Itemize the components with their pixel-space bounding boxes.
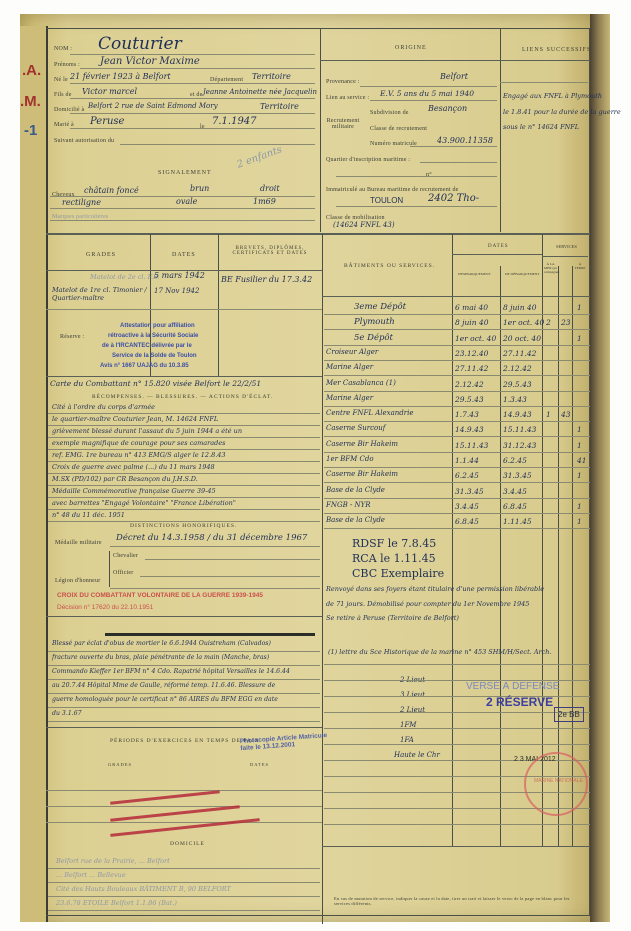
service-terre: 1 bbox=[577, 425, 582, 434]
rule bbox=[48, 882, 320, 883]
field-matricule: 43.900.11358 bbox=[437, 136, 493, 145]
service-from: 31.3.45 bbox=[455, 487, 484, 496]
rule bbox=[324, 436, 590, 437]
service-to: 3.4.45 bbox=[503, 487, 527, 496]
rule bbox=[46, 790, 322, 791]
recompense-line: Cité à l'ordre du corps d'armée bbox=[52, 403, 155, 411]
service-from: 2.12.42 bbox=[455, 380, 484, 389]
rule bbox=[324, 744, 590, 745]
service-name: Marine Alger bbox=[326, 394, 373, 402]
field-subdivision: Besançon bbox=[428, 104, 467, 113]
rule bbox=[324, 482, 590, 483]
service-mer-months: 1 bbox=[546, 410, 551, 419]
rule bbox=[324, 329, 590, 330]
rule bbox=[48, 485, 320, 486]
label-officier: Officier bbox=[113, 570, 133, 576]
service-from: 14.9.43 bbox=[455, 425, 484, 434]
rule bbox=[120, 144, 315, 145]
carte-combattant: Carte du Combattant n° 15.820 visée Belf… bbox=[50, 379, 261, 388]
rule bbox=[410, 146, 497, 147]
renvoi-line-3: Se retire à Peruse (Territoire de Belfor… bbox=[326, 614, 459, 622]
label-provenance: Provenance : bbox=[326, 79, 360, 85]
service-name: Marine Alger bbox=[326, 363, 373, 371]
note-rca: RCA le 1.11.45 bbox=[352, 552, 436, 565]
blessures-bottom-line bbox=[46, 727, 322, 728]
domicile-line: Cité des Hauts Bouleaux BÂTIMENT B, 90 B… bbox=[56, 885, 231, 893]
label-subdivision: Subdivision de bbox=[370, 110, 409, 116]
service-mer-months: 2 bbox=[546, 318, 551, 327]
domicile-header: DOMICILE bbox=[170, 841, 205, 847]
label-recrutement: Recrutement militaire bbox=[325, 118, 361, 130]
origine-header: ORIGINE bbox=[395, 45, 427, 51]
rule bbox=[324, 528, 590, 529]
service-from: 6.2.45 bbox=[455, 471, 479, 480]
service-name: FNGB - NYR bbox=[326, 501, 371, 509]
rule bbox=[48, 413, 320, 414]
rule bbox=[46, 806, 322, 807]
field-medaille: Décret du 14.3.1958 / du 31 décembre 196… bbox=[116, 533, 307, 543]
field-departement: Territoire bbox=[252, 72, 291, 81]
rule bbox=[324, 314, 590, 315]
thick-rule bbox=[105, 633, 315, 636]
rule bbox=[80, 68, 315, 69]
services-divider-2 bbox=[500, 266, 501, 846]
field-cheveux: châtain foncé bbox=[84, 186, 139, 195]
grade-list-item: Haute le Chr bbox=[394, 751, 440, 759]
service-mer-days: 23 bbox=[561, 318, 571, 327]
rule bbox=[370, 100, 497, 101]
recompense-line: n° 48 du 11 déc. 1951 bbox=[52, 511, 125, 519]
rule bbox=[48, 707, 320, 708]
service-name: Centre FNFL Alexandrie bbox=[326, 409, 414, 417]
rule bbox=[324, 664, 590, 665]
liens-header: LIENS SUCCESSIFS bbox=[522, 47, 591, 53]
label-nom: NOM : bbox=[54, 46, 72, 52]
recompense-line: grièvement blessé durant l'assaut du 5 j… bbox=[52, 427, 242, 435]
service-to: 1er oct. 40 bbox=[503, 318, 544, 327]
field-marie: Peruse bbox=[90, 116, 124, 127]
rule bbox=[48, 509, 320, 510]
service-from: 1.7.43 bbox=[455, 410, 479, 419]
recompense-line: M.SX (PD/102) par CR Besançon du J.H.S.D… bbox=[52, 475, 198, 483]
service-name: Plymouth bbox=[354, 317, 395, 327]
service-name: Base de la Clyde bbox=[326, 516, 385, 524]
grade-2: Matelot de 1re cl. Timonier / Quartier-m… bbox=[52, 286, 147, 302]
field-yeux: brun bbox=[190, 184, 209, 193]
recompense-line: ref. EMG. 1re bureau n° 413 EMG/S alger … bbox=[52, 451, 226, 459]
ircantec-stamp-line-1: Attestation pour affiliation bbox=[120, 323, 195, 329]
rule bbox=[140, 576, 320, 577]
stamp-verse: VERSÉ À DÉFENSE bbox=[466, 681, 559, 692]
liens-line-3: sous le n° 14624 FNFL bbox=[503, 123, 579, 131]
field-classe-mob: (14624 FNFL 43) bbox=[333, 221, 395, 229]
label-medaille: Médaille militaire bbox=[55, 540, 102, 546]
rule bbox=[324, 391, 590, 392]
ircantec-stamp-line-2: rétroactive à la Sécurité Sociale bbox=[108, 333, 198, 339]
note-cbc: CBC Exemplaire bbox=[352, 567, 444, 580]
field-ne-le: 21 février 1923 à Belfort bbox=[70, 72, 171, 81]
rule bbox=[48, 521, 320, 522]
services-sub-terre: À TERRE bbox=[573, 262, 587, 270]
recompense-line: Croix de guerre avec palme (...) du 11 m… bbox=[52, 463, 215, 471]
blessure-line: au 20.7.44 Hôpital Mme de Gaulle, réform… bbox=[52, 682, 275, 689]
service-mer-days: 43 bbox=[561, 410, 571, 419]
rule bbox=[48, 425, 320, 426]
rule bbox=[145, 559, 320, 560]
divider-mid bbox=[46, 233, 590, 235]
liens-line-2: le 1.8.41 pour la durée de la guerre bbox=[503, 108, 621, 116]
main-divider bbox=[322, 234, 323, 924]
blessure-line: du 3.1.67 bbox=[52, 710, 82, 717]
service-to: 15.11.43 bbox=[503, 425, 536, 434]
dates-subheader-line bbox=[452, 254, 542, 255]
croix-decision: Décision n° 17620 du 22.10.1951 bbox=[57, 604, 153, 611]
rule bbox=[48, 868, 320, 869]
label-autorisation: Suivant autorisation du bbox=[54, 138, 114, 144]
field-lien: E.V. 5 ans du 5 mai 1940 bbox=[380, 89, 474, 98]
grades-header-dates: DATES bbox=[172, 252, 196, 258]
rule bbox=[48, 665, 320, 666]
rule bbox=[50, 208, 315, 209]
field-prenoms: Jean Victor Maxime bbox=[100, 56, 200, 67]
stamp-reserve: 2 RÉSERVE bbox=[486, 695, 553, 709]
field-immatricule-city: TOULON bbox=[370, 196, 403, 205]
service-to: 31.12.43 bbox=[503, 441, 536, 450]
margin-mark-blue: -1 bbox=[24, 122, 37, 139]
rule bbox=[110, 546, 320, 547]
rule bbox=[70, 128, 315, 129]
label-no: n° bbox=[426, 172, 432, 178]
renvoi-line-1: Renvoyé dans ses foyers étant titulaire … bbox=[326, 585, 544, 593]
distinctions-header: DISTINCTIONS HONORIFIQUES. bbox=[130, 523, 237, 529]
grades-bottom-line bbox=[46, 376, 322, 377]
rule bbox=[48, 449, 320, 450]
service-name: Caserne Surcouf bbox=[326, 424, 385, 432]
rule bbox=[360, 86, 497, 87]
rule bbox=[324, 345, 590, 346]
service-to: 8 juin 40 bbox=[503, 303, 536, 312]
divider-liens bbox=[500, 28, 501, 232]
rule bbox=[48, 437, 320, 438]
service-name: Caserne Bir Hakeim bbox=[326, 440, 398, 448]
rule bbox=[324, 513, 590, 514]
field-immatricule-no: 2402 Tho- bbox=[428, 193, 479, 204]
service-to: 14.9.43 bbox=[503, 410, 532, 419]
ircantec-stamp-line-3: de à l'IRCANTEC délivrée par le bbox=[102, 343, 192, 349]
stamp-box: 2e BB bbox=[554, 707, 584, 722]
grade-2-date: 17 Nov 1942 bbox=[154, 287, 199, 295]
field-nom: Couturier bbox=[98, 34, 182, 54]
service-to: 29.5.43 bbox=[503, 380, 532, 389]
service-from: 1er oct. 40 bbox=[455, 334, 496, 343]
rule bbox=[48, 473, 320, 474]
blessure-line: Blessé par éclat d'obus de mortier le 6.… bbox=[52, 640, 271, 647]
rule bbox=[48, 651, 320, 652]
rule bbox=[324, 406, 590, 407]
service-from: 27.11.42 bbox=[455, 364, 488, 373]
rule bbox=[48, 721, 320, 722]
margin-mark-a: .A. bbox=[22, 62, 41, 79]
field-fils-de: Victor marcel bbox=[82, 87, 137, 96]
grades-header-brevets: BREVETS, DIPLÔMES, CERTIFICATS ET DATES bbox=[222, 246, 318, 256]
service-terre: 41 bbox=[577, 456, 587, 465]
field-nez: droit bbox=[260, 184, 280, 193]
service-terre: 1 bbox=[577, 334, 582, 343]
left-margin-strip bbox=[20, 26, 48, 922]
service-to: 6.8.45 bbox=[503, 502, 527, 511]
blessure-line: Commando Kieffer 1er BFM n° 4 Cdo. Rapat… bbox=[52, 668, 290, 675]
rule bbox=[70, 83, 315, 84]
rule bbox=[50, 220, 315, 221]
rule bbox=[70, 98, 315, 99]
distinctions-bottom-line bbox=[46, 616, 322, 617]
divider-origin bbox=[320, 28, 321, 232]
field-domicilie: Belfort 2 rue de Saint Edmond Mory bbox=[88, 102, 218, 110]
service-terre: 1 bbox=[577, 502, 582, 511]
service-name: Base de la Clyde bbox=[326, 486, 385, 494]
recompense-line: Médaille Commémorative française Guerre … bbox=[52, 487, 216, 495]
rule bbox=[110, 588, 320, 589]
ircantec-stamp-line-5: Avis n° 1667 UAJAG du 10.3.85 bbox=[100, 363, 189, 369]
service-name: Mer Casablanca (1) bbox=[326, 379, 396, 387]
service-from: 29.5.43 bbox=[455, 395, 484, 404]
label-classe: Classe de recrutement bbox=[370, 126, 427, 132]
rule bbox=[48, 497, 320, 498]
rule bbox=[324, 728, 590, 729]
service-name: 5e Dépôt bbox=[354, 333, 393, 343]
service-name: 1er BFM Cdo bbox=[326, 455, 374, 463]
service-name: Caserne Bir Hakeim bbox=[326, 470, 398, 478]
field-provenance: Belfort bbox=[440, 72, 468, 81]
service-to: 1.3.43 bbox=[503, 395, 527, 404]
service-from: 1.1.44 bbox=[455, 456, 479, 465]
label-le: le bbox=[200, 124, 205, 130]
label-legion: Légion d'honneur bbox=[55, 578, 100, 584]
services-col-header: SERVICES bbox=[556, 244, 577, 249]
footer-note: En cas de mutation de service, indiquer … bbox=[334, 896, 586, 906]
domicile-line: Belfort rue de la Prairie, ... Belfort bbox=[56, 857, 170, 865]
rule bbox=[324, 360, 590, 361]
grade-list-item: 3 Lieut bbox=[400, 691, 425, 699]
rule bbox=[336, 206, 497, 207]
rule bbox=[46, 822, 322, 823]
field-visage: ovale bbox=[176, 197, 197, 206]
rule bbox=[324, 421, 590, 422]
domicile-line: ... Belfort ... Bellevue bbox=[56, 871, 126, 879]
rule bbox=[70, 113, 315, 114]
grade-1-brevet: BE Fusilier du 17.3.42 bbox=[221, 275, 312, 284]
grade-1-date: 5 mars 1942 bbox=[154, 271, 205, 280]
blessure-line: fracture ouverte du bras, plaie pénétran… bbox=[52, 654, 269, 661]
service-to: 6.2.45 bbox=[503, 456, 527, 465]
label-ne-le: Né le bbox=[54, 77, 68, 83]
lettre-shm: (1) lettre du Sce Historique de la marin… bbox=[328, 648, 552, 656]
field-sourcils: rectiligne bbox=[62, 198, 101, 207]
service-terre: 1 bbox=[577, 517, 582, 526]
rule bbox=[48, 679, 320, 680]
services-bottom-line bbox=[322, 846, 590, 847]
service-to: 31.3.45 bbox=[503, 471, 532, 480]
periodes-header: PÉRIODES D'EXERCICES EN TEMPS DE PAIX bbox=[110, 738, 260, 744]
rule bbox=[48, 693, 320, 694]
rule bbox=[324, 824, 590, 825]
label-prenoms: Prénoms : bbox=[54, 62, 80, 68]
rule bbox=[70, 54, 315, 55]
signalement-title: SIGNALEMENT bbox=[158, 170, 212, 176]
margin-mark-m: .M. bbox=[20, 93, 41, 110]
rule bbox=[48, 910, 320, 911]
rule bbox=[420, 162, 497, 163]
rule bbox=[46, 309, 322, 310]
dates-header: DATES bbox=[488, 244, 509, 249]
service-name: 3eme Dépôt bbox=[354, 302, 406, 312]
rule bbox=[48, 461, 320, 462]
services-divider-1 bbox=[452, 234, 453, 846]
legion-brace bbox=[109, 551, 110, 587]
round-stamp-text: MARINE NATIONALE bbox=[534, 778, 583, 784]
service-to: 20 oct. 40 bbox=[503, 334, 541, 343]
rule bbox=[324, 375, 590, 376]
renvoi-line-2: de 71 jours. Démobilisé pour compter du … bbox=[326, 600, 529, 608]
blessure-line: guerre homologuée pour le certificat n° … bbox=[52, 696, 278, 703]
rule bbox=[324, 498, 590, 499]
col-debarquement: DE DÉBARQUEMENT bbox=[505, 272, 540, 276]
grades-header-grades: GRADES bbox=[86, 252, 116, 258]
col-embarquement: D'EMBARQUEMENT bbox=[458, 272, 491, 276]
service-from: 6 mai 40 bbox=[455, 303, 488, 312]
periodes-col-grades: GRADES bbox=[108, 762, 132, 767]
service-terre: 1 bbox=[577, 471, 582, 480]
service-from: 23.12.40 bbox=[455, 349, 488, 358]
field-departement2: Territoire bbox=[260, 102, 299, 111]
note-rdsf: RDSF le 7.8.45 bbox=[352, 537, 436, 550]
field-et-de: Jeanne Antoinette née Jacquelin bbox=[203, 88, 317, 96]
rule bbox=[336, 176, 497, 177]
croix-combattant-stamp: CROIX DU COMBATTANT VOLONTAIRE DE LA GUE… bbox=[57, 592, 263, 599]
label-quartier: Quartier d'inscription maritime : bbox=[326, 157, 410, 163]
services-sub-mer: À LA MER (en campagne) bbox=[544, 262, 557, 274]
service-terre: 1 bbox=[577, 303, 582, 312]
recompenses-header: RÉCOMPENSES. — BLESSURES. — ACTIONS D'ÉC… bbox=[92, 394, 273, 400]
service-from: 3.4.45 bbox=[455, 502, 479, 511]
service-from: 6.8.45 bbox=[455, 517, 479, 526]
recompense-line: exemple magnifique de courage pour ses c… bbox=[52, 439, 226, 447]
field-mariage-date: 7.1.1947 bbox=[212, 116, 257, 127]
services-header-line bbox=[322, 296, 590, 297]
field-taille: 1m69 bbox=[253, 197, 276, 206]
service-name: Croiseur Alger bbox=[326, 348, 378, 356]
rule bbox=[500, 82, 588, 83]
service-to: 2.12.42 bbox=[503, 364, 532, 373]
service-to: 1.11.45 bbox=[503, 517, 532, 526]
label-lien: Lien au service : bbox=[326, 95, 369, 101]
grades-divider-2 bbox=[218, 234, 219, 376]
service-from: 8 juin 40 bbox=[455, 318, 488, 327]
right-binding-edge bbox=[590, 14, 610, 922]
liens-line-1: Engagé aux FNFL à Plymouth bbox=[503, 92, 602, 100]
service-to: 27.11.42 bbox=[503, 349, 536, 358]
grade-1: Matelot de 2e cl. F.S. bbox=[90, 273, 160, 281]
services-subheader-line bbox=[542, 256, 588, 257]
grade-list-item: 1FA bbox=[400, 736, 414, 744]
domicile-line: 23.6.78 ETOILE Belfort 1.1.86 (Bat.) bbox=[56, 899, 177, 907]
label-reserve: Réserve : bbox=[60, 334, 84, 340]
rule bbox=[324, 712, 590, 713]
round-stamp: MARINE NATIONALE bbox=[524, 752, 588, 816]
recompense-line: avec barrettes "Engagé Volontaire" "Fran… bbox=[52, 499, 236, 507]
service-terre: 1 bbox=[577, 441, 582, 450]
label-chevalier: Chevalier bbox=[113, 553, 138, 559]
rule bbox=[324, 467, 590, 468]
origin-header-line bbox=[320, 60, 590, 61]
periodes-col-dates: DATES bbox=[250, 762, 269, 767]
services-header: BÂTIMENTS OU SERVICES. bbox=[344, 263, 435, 269]
recompense-line: le quartier-maître Couturier Jean, M. 14… bbox=[52, 415, 218, 423]
rule bbox=[324, 452, 590, 453]
rule bbox=[48, 896, 320, 897]
ircantec-stamp-line-4: Service de la Solde de Toulon bbox=[112, 353, 197, 359]
label-fils-de: Fils de bbox=[54, 92, 72, 98]
service-from: 15.11.43 bbox=[455, 441, 488, 450]
